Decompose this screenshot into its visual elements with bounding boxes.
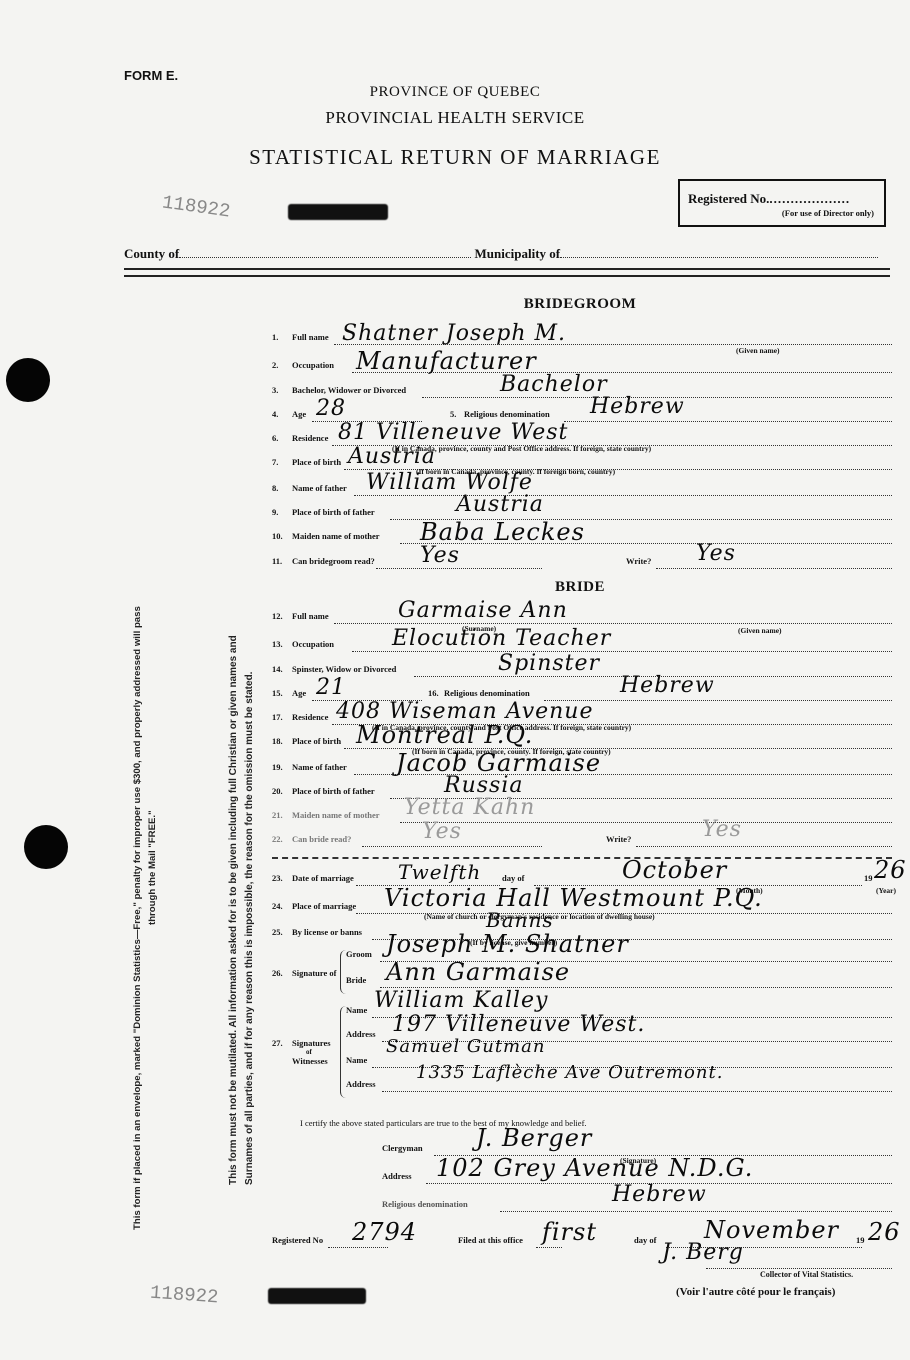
field-clergyman-denomination[interactable]: Religious denomination Hebrew (382, 1194, 892, 1212)
punch-hole-top (6, 358, 50, 402)
bride-can-write-value: Yes (702, 817, 742, 842)
witness1-address-value: 197 Villeneuve West. (392, 1012, 645, 1037)
field-groom-occupation[interactable]: 2. Occupation Manufacturer (272, 355, 892, 373)
field-filing-record[interactable]: Registered No 2794 Filed at this office … (272, 1230, 892, 1248)
side-note-mail-line2: through the Mail "FREE." (147, 810, 158, 925)
signature-label: Signature of (292, 968, 336, 978)
field-groom-mother-maiden-name[interactable]: 10. Maiden name of mother Baba Leckes (272, 526, 892, 544)
stamp-number-top: 118922 (161, 191, 232, 222)
witnesses-number: 27. (272, 1038, 283, 1048)
witnesses-label-line2: of (306, 1048, 312, 1056)
field-bride-marital-status[interactable]: 14. Spinster, Widow or Divorced Spinster (272, 659, 892, 677)
field-bride-literacy[interactable]: 22. Can bride read? Yes Write? Yes (272, 829, 892, 847)
bride-section-divider (272, 857, 892, 859)
witness2-name-value: Samuel Gutman (386, 1036, 545, 1057)
marriage-day-value: Twelfth (398, 860, 481, 884)
groom-can-read-value: Yes (420, 543, 460, 568)
groom-given-name-note: (Given name) (736, 346, 780, 355)
county-label: County of (124, 246, 179, 261)
marriage-month-value: October (622, 856, 727, 884)
redaction-mark-bottom (268, 1288, 366, 1304)
field-groom-literacy[interactable]: 11. Can bridegroom read? Yes Write? Yes (272, 551, 892, 569)
collector-signature-value: J. Berg (662, 1240, 744, 1265)
county-municipality-row: County of Municipality of (124, 246, 889, 262)
clergyman-denomination-value: Hebrew (612, 1182, 707, 1207)
service-heading: PROVINCIAL HEALTH SERVICE (0, 108, 910, 128)
field-bride-father-name[interactable]: 19. Name of father Jacob Garmaise (272, 757, 892, 775)
form-id: FORM E. (124, 68, 178, 83)
registered-number-box: Registered No.................... (For u… (678, 179, 886, 227)
municipality-label: Municipality of (475, 246, 561, 261)
registered-label: Registered No. (688, 191, 769, 206)
field-bride-occupation[interactable]: 13. Occupation Elocution Teacher (272, 634, 892, 652)
field-groom-father-name[interactable]: 8. Name of father William Wolfe (272, 478, 892, 496)
witnesses-label-line1: Signatures (292, 1038, 331, 1048)
bride-age-value: 21 (316, 675, 346, 700)
field-bride-mother-maiden-name[interactable]: 21. Maiden name of mother Yetta Kahn (272, 805, 892, 823)
filed-year-value: 26 (868, 1218, 901, 1246)
side-note-info-line1: This form must not be mutilated. All inf… (228, 635, 239, 1185)
bride-mother-maiden-name-value: Yetta Kahn (404, 795, 535, 820)
bride-birthplace-value: Montreal P.Q. (356, 721, 533, 749)
license-or-banns-value: Banns (486, 908, 554, 932)
bride-heading: BRIDE (260, 579, 900, 596)
french-side-note: (Voir l'autre côté pour le français) (676, 1286, 835, 1298)
collector-label: Collector of Vital Statistics. (760, 1270, 853, 1279)
bridegroom-heading: BRIDEGROOM (260, 296, 900, 313)
groom-mother-maiden-name-value: Baba Leckes (420, 518, 585, 546)
filed-day-value: first (542, 1218, 597, 1246)
bride-marital-status-value: Spinster (498, 651, 600, 676)
header-divider (124, 268, 890, 277)
side-note-mail-line1: This form if placed in an envelope, mark… (132, 606, 143, 1230)
clergyman-signature-value: J. Berger (476, 1124, 592, 1152)
field-bride-signature[interactable]: Bride Ann Garmaise (346, 970, 892, 988)
page-title: STATISTICAL RETURN OF MARRIAGE (0, 145, 910, 170)
groom-occupation-value: Manufacturer (356, 347, 537, 375)
collector-signature-line (706, 1268, 892, 1269)
field-bride-full-name[interactable]: 12. Full name Garmaise Ann (272, 606, 892, 624)
marriage-year-value: 26 (874, 856, 907, 884)
bride-signature-value: Ann Garmaise (386, 958, 570, 986)
bride-full-name-value: Garmaise Ann (398, 598, 568, 623)
witnesses-label-line3: Witnesses (292, 1056, 328, 1066)
groom-father-birthplace-value: Austria (456, 492, 544, 517)
bride-religion-value: Hebrew (620, 673, 715, 698)
redaction-mark-top (288, 204, 388, 220)
field-bride-father-birthplace[interactable]: 20. Place of birth of father Russia (272, 781, 892, 799)
side-note-info-line2: Surnames of all parties, and if for any … (244, 672, 255, 1185)
registered-note: (For use of Director only) (688, 208, 884, 218)
groom-signature-value: Joseph M. Shatner (386, 930, 629, 958)
bride-can-read-value: Yes (422, 819, 462, 844)
marriage-year-note: (Year) (876, 886, 896, 895)
clergyman-address-value: 102 Grey Avenue N.D.G. (436, 1154, 753, 1182)
groom-age-value: 28 (316, 396, 346, 421)
punch-hole-bottom (24, 825, 68, 869)
witness1-name-value: William Kalley (374, 988, 548, 1013)
groom-can-write-value: Yes (696, 541, 736, 566)
marriage-place-value: Victoria Hall Westmount P.Q. (384, 884, 763, 912)
field-groom-marital-status[interactable]: 3. Bachelor, Widower or Divorced Bachelo… (272, 380, 892, 398)
field-groom-full-name[interactable]: 1. Full name Shatner Joseph M. (272, 327, 892, 345)
witness2-address-value: 1335 Laflèche Ave Outremont. (416, 1062, 723, 1083)
bride-occupation-value: Elocution Teacher (392, 626, 611, 651)
signature-number: 26. (272, 968, 283, 978)
field-witness2-address[interactable]: Address 1335 Laflèche Ave Outremont. (346, 1074, 892, 1092)
groom-full-name-value: Shatner Joseph M. (342, 321, 566, 346)
groom-religion-value: Hebrew (590, 394, 685, 419)
stamp-number-bottom: 118922 (149, 1282, 219, 1309)
groom-birthplace-value: Austria (348, 444, 436, 469)
registered-number-value: 2794 (352, 1218, 417, 1246)
province-heading: PROVINCE OF QUEBEC (0, 84, 910, 101)
groom-residence-value: 81 Villeneuve West (338, 420, 568, 445)
